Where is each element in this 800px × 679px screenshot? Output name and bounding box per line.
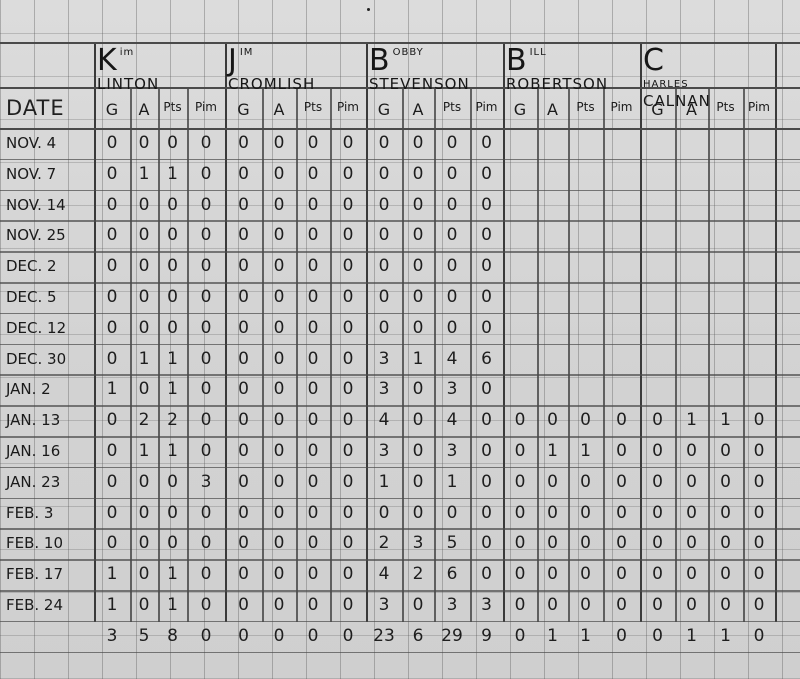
- stat-cell: 0: [603, 564, 640, 584]
- stat-cell: 3: [366, 379, 402, 399]
- row-date: JAN. 2: [6, 380, 51, 398]
- stat-cell: 0: [262, 349, 296, 369]
- stat-cell: 0: [330, 349, 366, 369]
- stat-cell: 0: [470, 225, 503, 245]
- stat-cell: 0: [603, 503, 640, 523]
- stat-cell: 0: [568, 564, 603, 584]
- stat-cell: 0: [675, 441, 708, 461]
- stat-cell: 0: [708, 564, 743, 584]
- stat-cell: 4: [366, 410, 402, 430]
- row-date: DEC. 2: [6, 257, 57, 275]
- stat-cell: 0: [503, 564, 537, 584]
- total-cell: 1: [537, 626, 568, 646]
- stat-cell: 1: [130, 164, 158, 184]
- stat-cell: 0: [708, 533, 743, 553]
- stat-cell: 3: [434, 441, 470, 461]
- stat-cell: 0: [366, 318, 402, 338]
- stat-cell: 0: [503, 472, 537, 492]
- stat-cell: 0: [130, 503, 158, 523]
- header-rule: [0, 42, 800, 44]
- stat-cell: 0: [296, 441, 330, 461]
- stat-cell: 0: [402, 164, 434, 184]
- date-header: DATE: [6, 96, 65, 120]
- stat-cell: 0: [94, 225, 130, 245]
- stat-cell: 0: [640, 595, 675, 615]
- row-rule: [0, 344, 800, 346]
- stat-cell: 0: [158, 195, 187, 215]
- stat-header: Pim: [743, 100, 775, 114]
- stat-cell: 0: [402, 195, 434, 215]
- stat-cell: 0: [537, 503, 568, 523]
- stat-cell: 0: [262, 472, 296, 492]
- stat-cell: 0: [158, 133, 187, 153]
- stat-cell: 0: [675, 503, 708, 523]
- stat-cell: 0: [262, 595, 296, 615]
- player-last-name: CROMLISH: [228, 62, 315, 92]
- stat-header: Pim: [470, 100, 503, 114]
- stat-cell: 0: [296, 318, 330, 338]
- stat-cell: 0: [187, 410, 225, 430]
- stat-cell: 0: [402, 318, 434, 338]
- stat-header: Pts: [434, 100, 470, 114]
- stat-cell: 1: [434, 472, 470, 492]
- total-cell: 1: [675, 626, 708, 646]
- stat-cell: 0: [187, 349, 225, 369]
- stat-cell: 0: [296, 410, 330, 430]
- stat-cell: 0: [330, 564, 366, 584]
- stat-cell: 4: [366, 564, 402, 584]
- stat-header: G: [94, 100, 130, 119]
- stat-cell: 0: [330, 256, 366, 276]
- row-date: NOV. 4: [6, 134, 56, 152]
- stat-cell: 5: [434, 533, 470, 553]
- stat-cell: 0: [158, 256, 187, 276]
- total-cell: 0: [187, 626, 225, 646]
- stat-cell: 0: [470, 533, 503, 553]
- stat-cell: 0: [537, 472, 568, 492]
- stat-cell: 0: [94, 349, 130, 369]
- stat-cell: 0: [603, 595, 640, 615]
- stat-cell: 0: [187, 164, 225, 184]
- stat-cell: 0: [130, 595, 158, 615]
- stat-cell: 0: [262, 195, 296, 215]
- stat-cell: 0: [158, 533, 187, 553]
- stat-cell: 0: [743, 533, 775, 553]
- stat-cell: 3: [434, 595, 470, 615]
- player-initial: C: [643, 45, 665, 77]
- total-cell: 6: [402, 626, 434, 646]
- stat-cell: 0: [366, 287, 402, 307]
- stat-cell: 0: [640, 564, 675, 584]
- stat-cell: 0: [94, 472, 130, 492]
- stat-cell: 0: [158, 318, 187, 338]
- stat-cell: 0: [743, 595, 775, 615]
- stat-cell: 0: [130, 564, 158, 584]
- stat-cell: 0: [225, 533, 262, 553]
- stat-cell: 0: [225, 564, 262, 584]
- stat-cell: 0: [675, 564, 708, 584]
- stat-cell: 0: [330, 195, 366, 215]
- stat-cell: 0: [262, 256, 296, 276]
- stat-cell: 0: [708, 503, 743, 523]
- stat-cell: 1: [158, 441, 187, 461]
- stat-cell: 0: [330, 533, 366, 553]
- total-cell: 0: [603, 626, 640, 646]
- stat-cell: 0: [130, 195, 158, 215]
- stat-cell: 0: [568, 595, 603, 615]
- stat-header: Pts: [296, 100, 330, 114]
- stat-cell: 0: [225, 164, 262, 184]
- stat-cell: 0: [366, 503, 402, 523]
- stat-cell: 0: [94, 164, 130, 184]
- row-rule: [0, 652, 800, 654]
- stat-cell: 0: [434, 133, 470, 153]
- row-date: DEC. 5: [6, 288, 57, 306]
- stat-cell: 0: [434, 195, 470, 215]
- stat-cell: 0: [130, 287, 158, 307]
- stat-cell: 0: [262, 379, 296, 399]
- stat-header: G: [225, 100, 262, 119]
- stat-cell: 0: [262, 133, 296, 153]
- stat-cell: 0: [296, 256, 330, 276]
- player-name: BOBBYSTEVENSON: [369, 45, 470, 92]
- total-cell: 0: [225, 626, 262, 646]
- total-cell: 1: [708, 626, 743, 646]
- row-date: NOV. 25: [6, 226, 66, 244]
- stat-cell: 0: [470, 256, 503, 276]
- stat-cell: 0: [262, 410, 296, 430]
- stat-cell: 3: [434, 379, 470, 399]
- stat-cell: 0: [330, 133, 366, 153]
- stat-cell: 0: [603, 410, 640, 430]
- stat-header: Pts: [568, 100, 603, 114]
- total-cell: 0: [262, 626, 296, 646]
- stat-cell: 0: [94, 533, 130, 553]
- stat-cell: 0: [225, 503, 262, 523]
- row-date: NOV. 7: [6, 165, 56, 183]
- stat-header: Pim: [330, 100, 366, 114]
- stat-cell: 0: [225, 472, 262, 492]
- stat-cell: 0: [296, 195, 330, 215]
- row-rule: [0, 436, 800, 438]
- stat-cell: 1: [94, 595, 130, 615]
- stat-cell: 0: [330, 225, 366, 245]
- player-initial: B: [506, 45, 528, 77]
- stat-cell: 0: [94, 195, 130, 215]
- stat-cell: 0: [187, 533, 225, 553]
- stat-cell: 1: [158, 595, 187, 615]
- stat-cell: 3: [402, 533, 434, 553]
- stat-cell: 0: [225, 256, 262, 276]
- stat-cell: 0: [537, 410, 568, 430]
- stat-cell: 0: [330, 164, 366, 184]
- stat-cell: 0: [470, 318, 503, 338]
- stat-cell: 0: [470, 410, 503, 430]
- stat-cell: 0: [537, 595, 568, 615]
- stat-cell: 0: [296, 349, 330, 369]
- stat-cell: 0: [158, 225, 187, 245]
- stat-cell: 0: [675, 533, 708, 553]
- stat-cell: 0: [640, 503, 675, 523]
- row-date: NOV. 14: [6, 196, 66, 214]
- stat-cell: 1: [708, 410, 743, 430]
- stat-cell: 0: [402, 379, 434, 399]
- player-initial: B: [369, 45, 391, 77]
- stat-cell: 0: [262, 318, 296, 338]
- stat-cell: 0: [330, 595, 366, 615]
- row-rule: [0, 190, 800, 192]
- stat-cell: 3: [187, 472, 225, 492]
- row-rule: [0, 282, 800, 284]
- row-rule: [0, 498, 800, 500]
- stat-header: A: [262, 100, 296, 119]
- stat-cell: 1: [158, 564, 187, 584]
- stat-cell: 0: [296, 564, 330, 584]
- stat-cell: 0: [603, 533, 640, 553]
- stat-cell: 0: [94, 503, 130, 523]
- stat-cell: 0: [402, 225, 434, 245]
- stat-cell: 0: [187, 564, 225, 584]
- stat-cell: 0: [743, 410, 775, 430]
- stat-cell: 0: [225, 195, 262, 215]
- stat-cell: 0: [262, 533, 296, 553]
- stat-cell: 0: [130, 318, 158, 338]
- stat-cell: 0: [130, 472, 158, 492]
- total-cell: 0: [296, 626, 330, 646]
- stat-cell: 0: [470, 133, 503, 153]
- stat-cell: 0: [187, 379, 225, 399]
- stat-cell: 2: [402, 564, 434, 584]
- stat-cell: 0: [262, 503, 296, 523]
- player-name: KimLINTON: [97, 45, 159, 92]
- stat-cell: 0: [537, 564, 568, 584]
- row-rule: [0, 374, 800, 376]
- stat-cell: 0: [225, 287, 262, 307]
- stat-cell: 0: [366, 164, 402, 184]
- stat-cell: 2: [130, 410, 158, 430]
- stat-cell: 1: [568, 441, 603, 461]
- stat-cell: 0: [225, 225, 262, 245]
- stat-cell: 3: [366, 349, 402, 369]
- stat-cell: 0: [225, 379, 262, 399]
- total-cell: 0: [640, 626, 675, 646]
- stat-cell: 0: [262, 225, 296, 245]
- stat-cell: 0: [296, 533, 330, 553]
- player-initial: J: [228, 45, 238, 77]
- stat-cell: 0: [130, 379, 158, 399]
- stat-cell: 1: [675, 410, 708, 430]
- stat-cell: 0: [262, 164, 296, 184]
- stat-cell: 0: [568, 533, 603, 553]
- stat-cell: 0: [743, 503, 775, 523]
- stat-cell: 0: [470, 441, 503, 461]
- total-cell: 3: [94, 626, 130, 646]
- row-date: FEB. 10: [6, 534, 63, 552]
- stat-cell: 0: [603, 472, 640, 492]
- stat-cell: 0: [568, 503, 603, 523]
- stat-cell: 0: [402, 472, 434, 492]
- row-date: FEB. 3: [6, 504, 53, 522]
- stat-cell: 0: [225, 595, 262, 615]
- stat-cell: 0: [187, 503, 225, 523]
- stat-header: Pim: [187, 100, 225, 114]
- row-date: JAN. 23: [6, 473, 60, 491]
- stat-cell: 0: [330, 318, 366, 338]
- stat-header: G: [503, 100, 537, 119]
- stat-cell: 0: [434, 256, 470, 276]
- stat-cell: 6: [434, 564, 470, 584]
- stat-cell: 0: [503, 533, 537, 553]
- stat-cell: 2: [158, 410, 187, 430]
- row-rule: [0, 251, 800, 253]
- stat-cell: 1: [158, 164, 187, 184]
- stat-cell: 0: [225, 410, 262, 430]
- row-rule: [0, 405, 800, 407]
- stat-cell: 4: [434, 349, 470, 369]
- stat-cell: 0: [743, 441, 775, 461]
- stat-cell: 0: [640, 410, 675, 430]
- stat-cell: 0: [503, 595, 537, 615]
- stat-cell: 0: [262, 441, 296, 461]
- stat-cell: 0: [330, 441, 366, 461]
- row-date: DEC. 12: [6, 319, 66, 337]
- stat-cell: 0: [743, 472, 775, 492]
- stat-cell: 0: [366, 195, 402, 215]
- total-cell: 23: [366, 626, 402, 646]
- stat-cell: 0: [366, 256, 402, 276]
- stat-cell: 0: [503, 503, 537, 523]
- stat-cell: 0: [94, 410, 130, 430]
- stat-cell: 0: [675, 595, 708, 615]
- stat-cell: 6: [470, 349, 503, 369]
- stat-cell: 0: [225, 318, 262, 338]
- stat-cell: 0: [225, 349, 262, 369]
- stat-cell: 1: [94, 564, 130, 584]
- stat-cell: 4: [434, 410, 470, 430]
- stat-cell: 0: [366, 133, 402, 153]
- stat-cell: 0: [225, 441, 262, 461]
- stat-cell: 0: [330, 472, 366, 492]
- stat-cell: 0: [187, 256, 225, 276]
- stat-cell: 0: [470, 379, 503, 399]
- stat-cell: 0: [296, 133, 330, 153]
- stat-cell: 0: [296, 472, 330, 492]
- stat-header: Pim: [603, 100, 640, 114]
- player-name: BILLROBERTSON: [506, 45, 608, 92]
- stat-cell: 0: [640, 472, 675, 492]
- stat-cell: 0: [402, 595, 434, 615]
- row-rule: [0, 128, 800, 130]
- stat-header: A: [130, 100, 158, 119]
- stat-cell: 0: [158, 503, 187, 523]
- stat-cell: 0: [708, 595, 743, 615]
- stat-header: A: [537, 100, 568, 119]
- stat-cell: 0: [94, 287, 130, 307]
- stat-cell: 0: [187, 195, 225, 215]
- player-initial: K: [97, 45, 118, 77]
- stat-cell: 3: [470, 595, 503, 615]
- stat-cell: 1: [158, 379, 187, 399]
- stat-cell: 0: [568, 410, 603, 430]
- row-date: DEC. 30: [6, 350, 66, 368]
- stat-cell: 0: [94, 133, 130, 153]
- total-cell: 0: [330, 626, 366, 646]
- row-rule: [0, 220, 800, 222]
- total-cell: 29: [434, 626, 470, 646]
- stat-cell: 0: [330, 410, 366, 430]
- player-first-name: IM: [228, 45, 315, 60]
- stat-cell: 0: [402, 287, 434, 307]
- stat-cell: 0: [330, 379, 366, 399]
- stat-cell: 0: [187, 225, 225, 245]
- stat-cell: 0: [225, 133, 262, 153]
- stat-cell: 0: [434, 225, 470, 245]
- stat-cell: 0: [187, 441, 225, 461]
- stat-cell: 0: [537, 533, 568, 553]
- stat-cell: 0: [470, 564, 503, 584]
- stat-cell: 0: [330, 503, 366, 523]
- row-rule: [0, 528, 800, 530]
- stat-cell: 0: [296, 287, 330, 307]
- stat-cell: 0: [470, 472, 503, 492]
- stat-cell: 1: [402, 349, 434, 369]
- stat-cell: 1: [537, 441, 568, 461]
- stat-cell: 0: [402, 256, 434, 276]
- total-cell: 9: [470, 626, 503, 646]
- stat-cell: 0: [675, 472, 708, 492]
- stat-cell: 0: [503, 441, 537, 461]
- row-rule: [0, 313, 800, 315]
- stat-cell: 0: [130, 256, 158, 276]
- stat-cell: 0: [434, 287, 470, 307]
- total-cell: 1: [568, 626, 603, 646]
- stat-cell: 0: [434, 503, 470, 523]
- row-date: JAN. 13: [6, 411, 60, 429]
- stat-cell: 0: [262, 564, 296, 584]
- stat-cell: 0: [158, 287, 187, 307]
- stat-cell: 0: [402, 133, 434, 153]
- stat-cell: 0: [470, 287, 503, 307]
- stat-header: A: [402, 100, 434, 119]
- stat-cell: 0: [130, 225, 158, 245]
- stat-cell: 0: [470, 195, 503, 215]
- scoring-ledger: DATE KimLINTONJIMCROMLISHBOBBYSTEVENSONB…: [0, 0, 800, 679]
- stat-cell: 0: [330, 287, 366, 307]
- stat-cell: 0: [366, 225, 402, 245]
- stat-cell: 0: [187, 133, 225, 153]
- ledger-sheet: DATE KimLINTONJIMCROMLISHBOBBYSTEVENSONB…: [0, 0, 800, 679]
- stat-cell: 0: [434, 164, 470, 184]
- stat-cell: 0: [708, 472, 743, 492]
- stat-cell: 0: [187, 318, 225, 338]
- stat-cell: 0: [187, 287, 225, 307]
- stat-cell: 0: [94, 441, 130, 461]
- stat-cell: 0: [262, 287, 296, 307]
- stat-cell: 0: [640, 441, 675, 461]
- stat-header: G: [366, 100, 402, 119]
- row-rule: [0, 559, 800, 561]
- stat-cell: 0: [296, 503, 330, 523]
- player-name: JIMCROMLISH: [228, 45, 315, 92]
- stat-cell: 0: [94, 256, 130, 276]
- stat-cell: 1: [158, 349, 187, 369]
- stat-cell: 0: [296, 379, 330, 399]
- row-rule: [0, 621, 800, 623]
- stat-cell: 0: [743, 564, 775, 584]
- stat-cell: 0: [470, 164, 503, 184]
- stat-cell: 0: [470, 503, 503, 523]
- stat-cell: 0: [187, 595, 225, 615]
